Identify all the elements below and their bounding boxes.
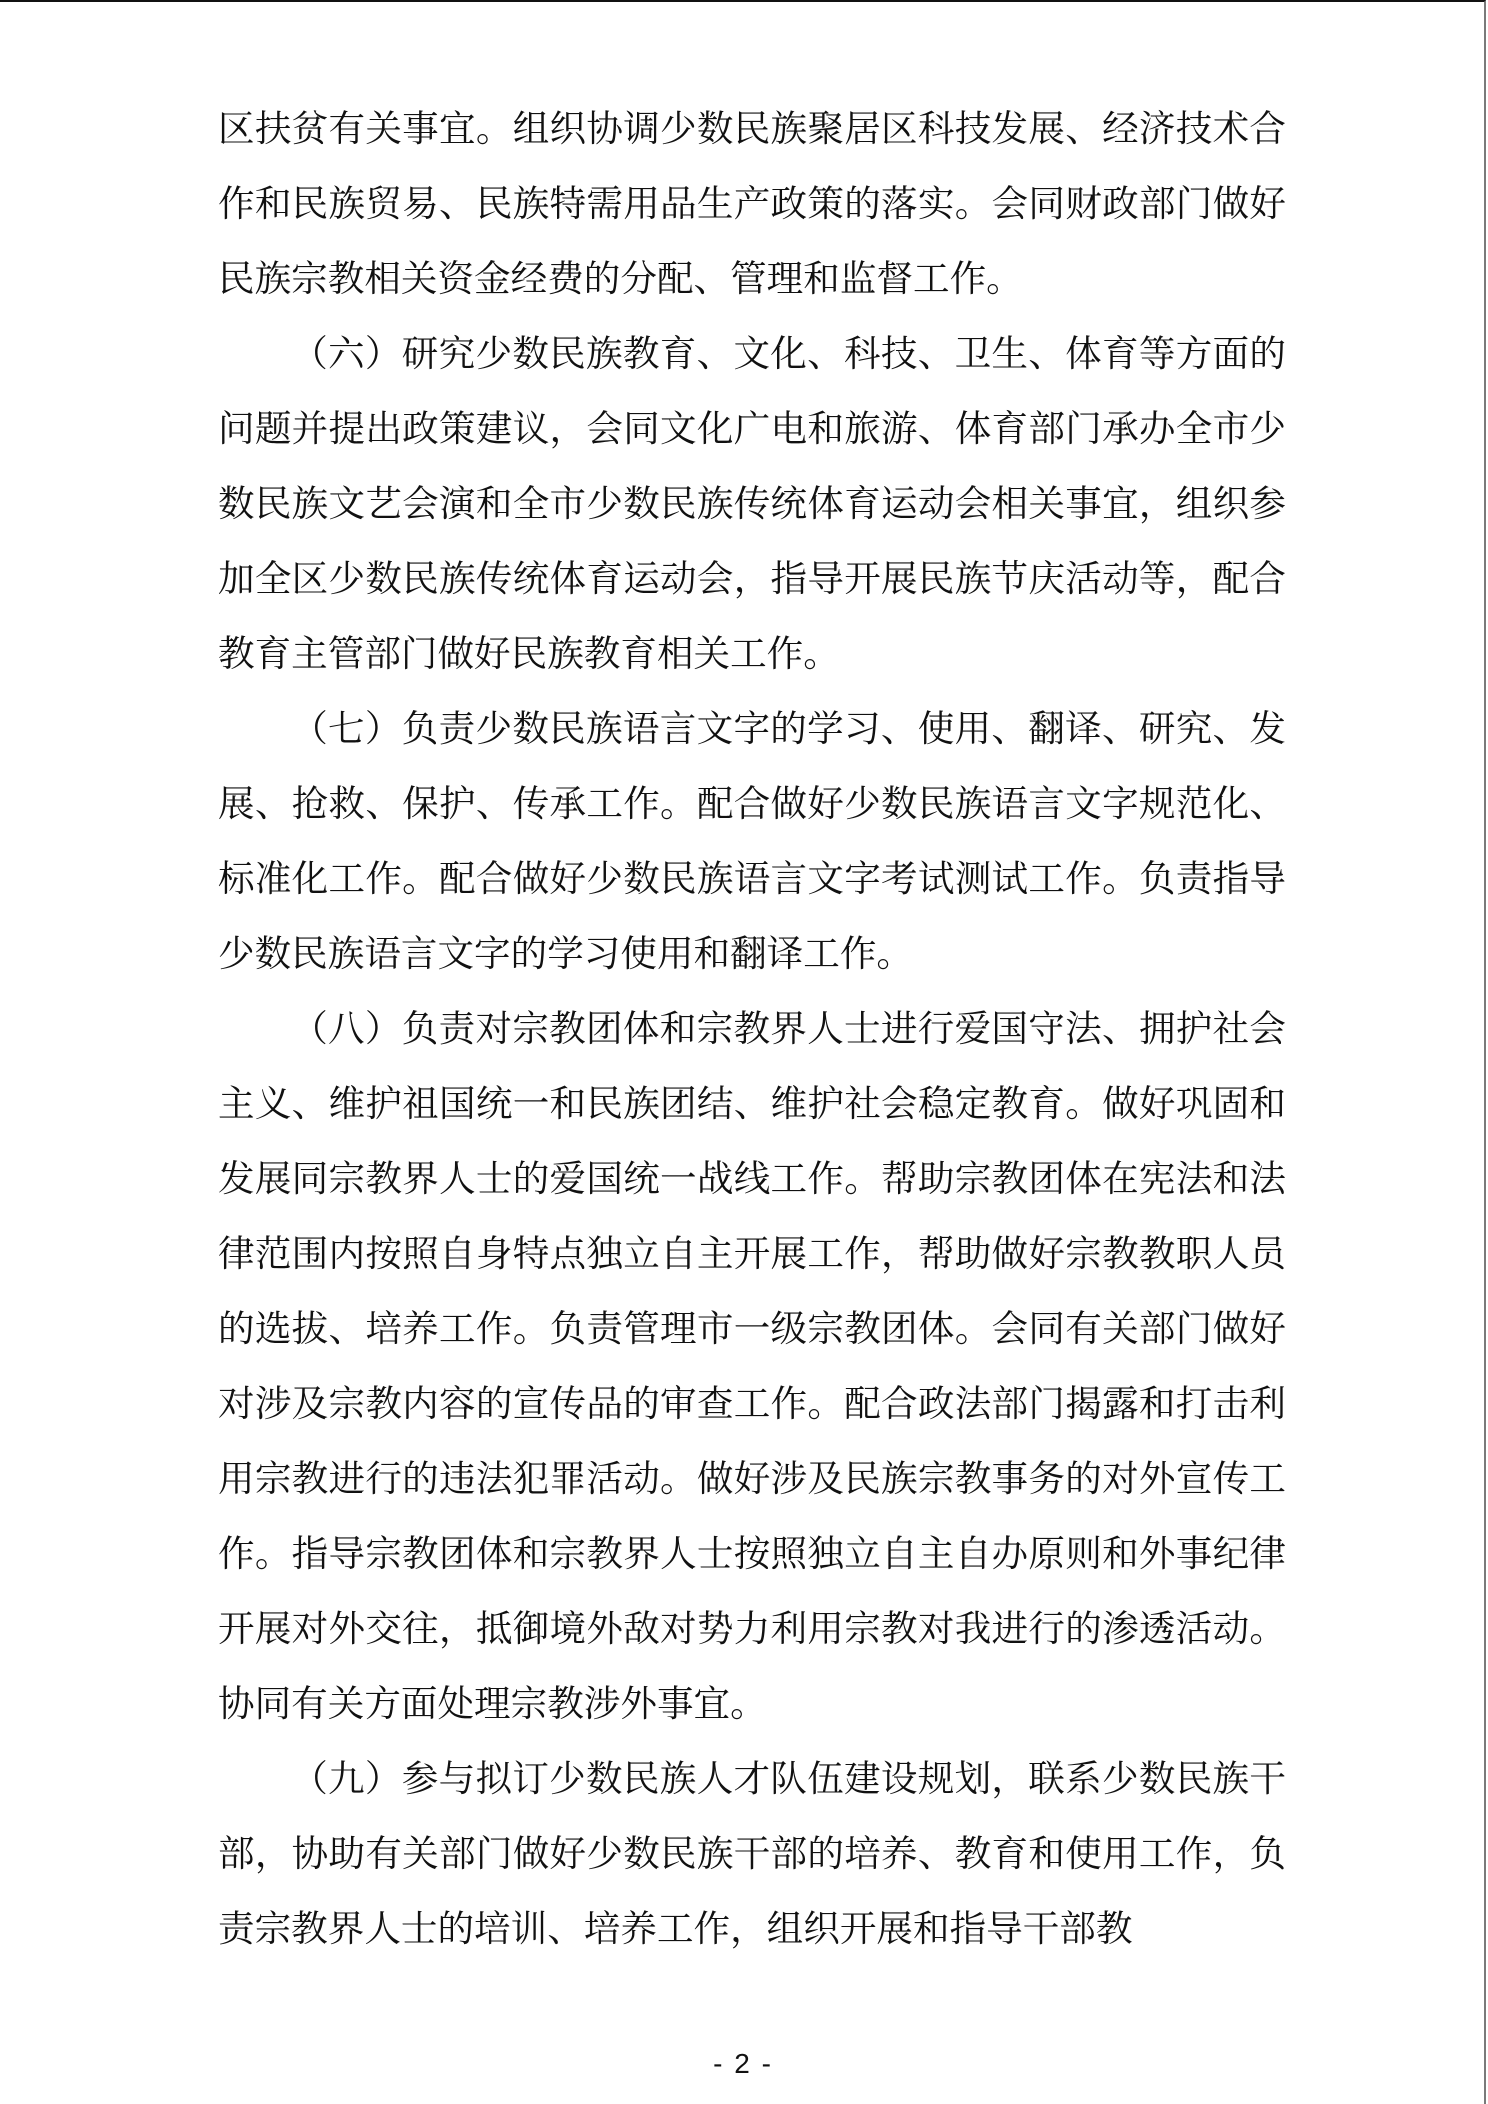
document-page: 区扶贫有关事宜。组织协调少数民族聚居区科技发展、经济技术合作和民族贸易、民族特需… bbox=[0, 0, 1486, 2104]
document-body: 区扶贫有关事宜。组织协调少数民族聚居区科技发展、经济技术合作和民族贸易、民族特需… bbox=[218, 91, 1286, 1966]
paragraph-item-7-minority-languages: （七）负责少数民族语言文字的学习、使用、翻译、研究、发展、抢救、保护、传承工作。… bbox=[218, 691, 1286, 991]
paragraph-item-6-education-culture: （六）研究少数民族教育、文化、科技、卫生、体育等方面的问题并提出政策建议，会同文… bbox=[218, 316, 1286, 691]
page-number: - 2 - bbox=[0, 2044, 1486, 2084]
paragraph-item-8-religious-groups: （八）负责对宗教团体和宗教界人士进行爱国守法、拥护社会主义、维护祖国统一和民族团… bbox=[218, 991, 1286, 1741]
paragraph-continued-poverty-alleviation: 区扶贫有关事宜。组织协调少数民族聚居区科技发展、经济技术合作和民族贸易、民族特需… bbox=[218, 91, 1286, 316]
paragraph-item-9-cadre-training: （九）参与拟订少数民族人才队伍建设规划，联系少数民族干部，协助有关部门做好少数民… bbox=[218, 1741, 1286, 1966]
